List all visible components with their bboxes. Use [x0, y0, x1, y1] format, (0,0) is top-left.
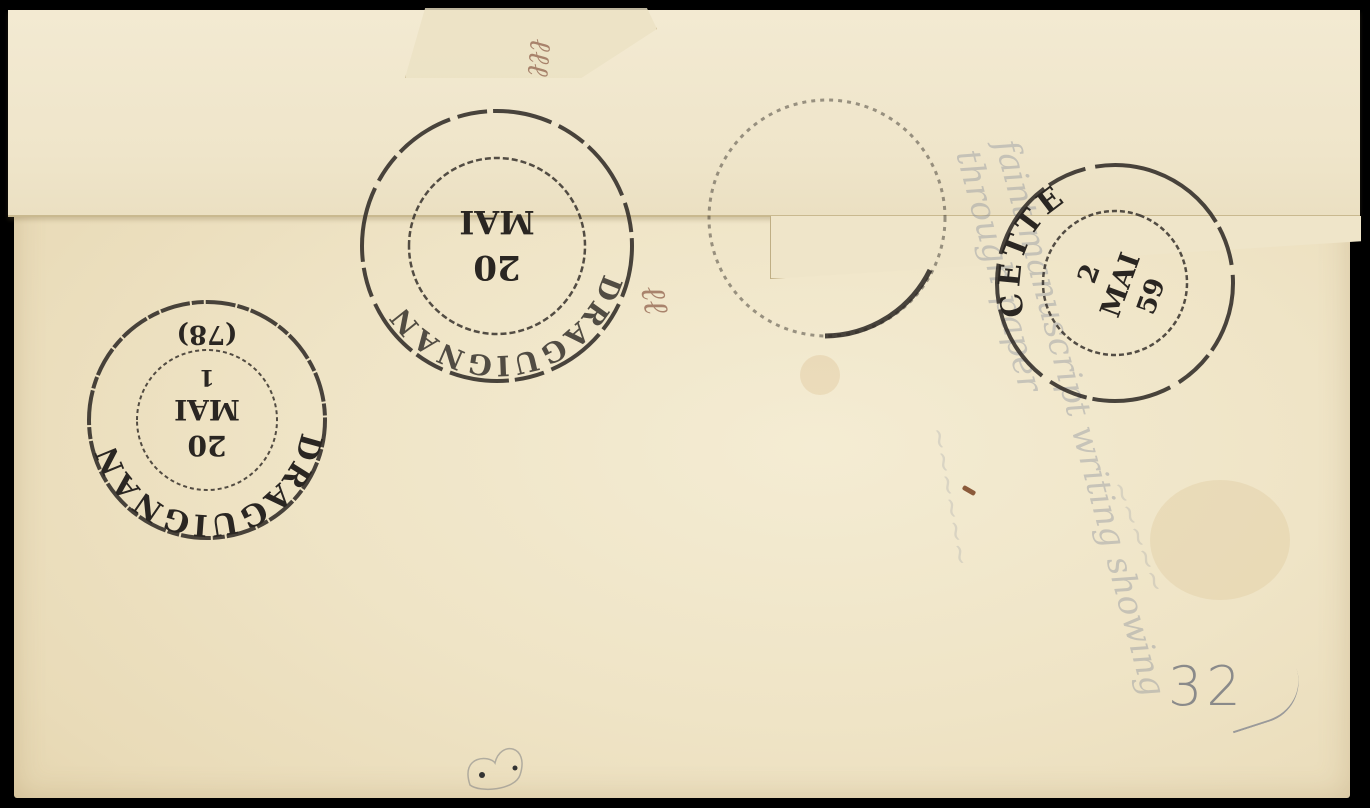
postmark-draguignan: DRAGUIGNAN 20 MAI 1 (78)	[82, 292, 332, 548]
svg-text:MAI: MAI	[459, 203, 534, 241]
red-crayon-mark: ℓℓℓ	[520, 37, 558, 77]
svg-text:2: 2	[1072, 260, 1106, 287]
svg-text:20: 20	[188, 429, 227, 462]
postmark-cette: CETTE 2 MAI 59	[990, 152, 1240, 414]
svg-text:MAI: MAI	[174, 393, 240, 426]
svg-text:(78): (78)	[177, 319, 238, 349]
bottom-ink-doodle	[460, 735, 540, 795]
svg-text:1: 1	[199, 364, 214, 390]
svg-text:20: 20	[473, 247, 520, 287]
postmark-draguignan-partial: DRAGUIGNAN 20 MAI	[352, 96, 642, 396]
postmark-faint	[705, 90, 950, 350]
foxing-stain	[800, 355, 840, 395]
svg-text:CETTE: CETTE	[990, 169, 1080, 331]
